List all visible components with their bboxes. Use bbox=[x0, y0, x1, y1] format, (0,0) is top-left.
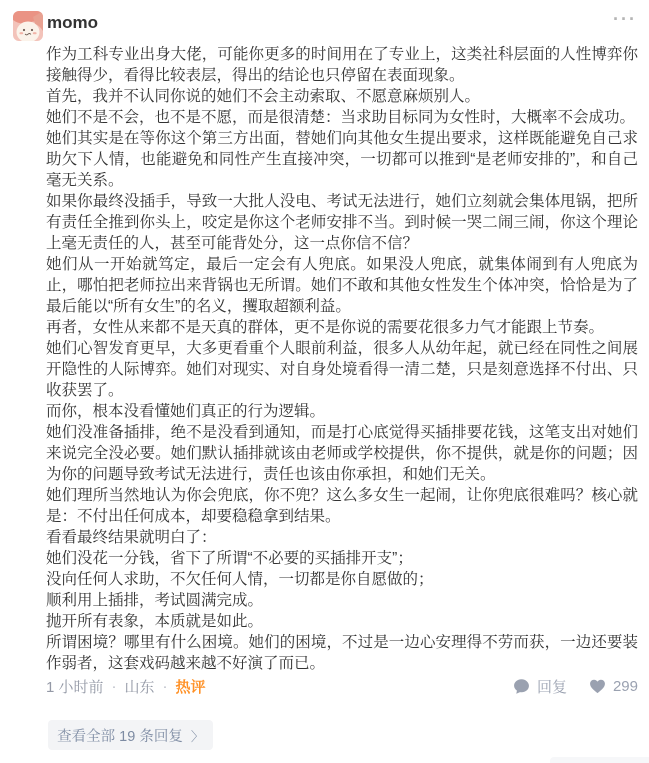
like-count: 299 bbox=[613, 678, 638, 695]
heart-icon bbox=[589, 678, 606, 694]
next-element-peek bbox=[550, 757, 649, 763]
like-button[interactable]: 299 bbox=[589, 678, 638, 695]
timestamp: 1 小时前 bbox=[46, 676, 104, 697]
momo-avatar-icon bbox=[13, 11, 43, 41]
meta-separator: · bbox=[112, 678, 117, 695]
comment-actions: 回复 299 bbox=[513, 676, 638, 697]
avatar[interactable] bbox=[13, 11, 43, 41]
view-all-replies-button[interactable]: 查看全部 19 条回复 〉 bbox=[48, 720, 213, 750]
location: 山东 bbox=[125, 676, 155, 697]
reply-button[interactable]: 回复 bbox=[513, 676, 567, 697]
reply-bubble-icon bbox=[513, 678, 530, 695]
comment-body-text: 作为工科专业出身大佬，可能你更多的时间用在了专业上，这类社科层面的人性博弈你接触… bbox=[46, 44, 638, 674]
reply-label: 回复 bbox=[537, 676, 567, 697]
username[interactable]: momo bbox=[47, 13, 98, 33]
more-options-icon[interactable]: ··· bbox=[613, 10, 637, 28]
hot-comment-badge: 热评 bbox=[176, 676, 206, 697]
meta-separator: · bbox=[163, 678, 168, 695]
chevron-right-icon: 〉 bbox=[191, 726, 204, 745]
comment-card: momo ··· 作为工科专业出身大佬，可能你更多的时间用在了专业上，这类社科层… bbox=[0, 0, 649, 763]
comment-meta-row: 1 小时前 · 山东 · 热评 回复 299 bbox=[46, 676, 638, 696]
view-all-replies-label: 查看全部 19 条回复 bbox=[57, 725, 183, 746]
